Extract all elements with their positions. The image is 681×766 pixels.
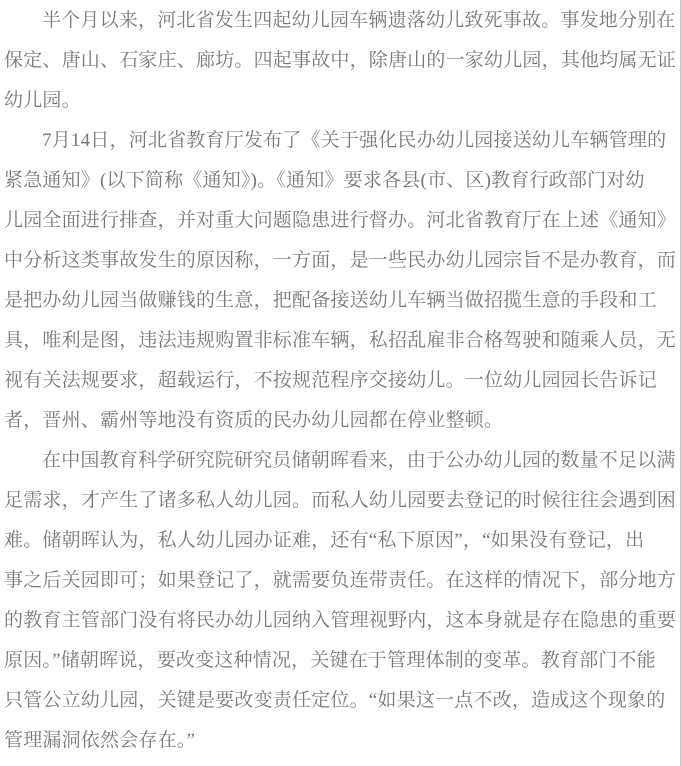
text-line: 儿园全面进行排查，并对重大问题隐患进行督办。河北省教育厅在上述《通知》 — [4, 201, 678, 241]
text-line: 事之后关园即可；如果登记了，就需要负连带责任。在这样的情况下，部分地方 — [4, 561, 678, 601]
text-line: 管理漏洞依然会存在。” — [4, 721, 678, 761]
text-line: 中分析这类事故发生的原因称，一方面，是一些民办幼儿园宗旨不是办教育，而 — [4, 241, 678, 281]
article-page: 半个月以来，河北省发生四起幼儿园车辆遗落幼儿致死事故。事发地分别在保定、唐山、石… — [0, 0, 681, 766]
text-line: 保定、唐山、石家庄、廊坊。四起事故中，除唐山的一家幼儿园，其他均属无证 — [4, 41, 678, 81]
paragraph: 在中国教育科学研究院研究员储朝晖看来，由于公办幼儿园的数量不足以满足需求，才产生… — [4, 441, 678, 761]
text-line: 的教育主管部门没有将民办幼儿园纳入管理视野内，这本身就是存在隐患的重要 — [4, 601, 678, 641]
text-line: 是把办幼儿园当做赚钱的生意，把配备接送幼儿车辆当做招揽生意的手段和工 — [4, 281, 678, 321]
text-line: 半个月以来，河北省发生四起幼儿园车辆遗落幼儿致死事故。事发地分别在 — [4, 1, 678, 41]
text-line: 只管公立幼儿园，关键是要改变责任定位。“如果这一点不改，造成这个现象的 — [4, 681, 678, 721]
text-line: 原因。”储朝晖说，要改变这种情况，关键在于管理体制的变革。教育部门不能 — [4, 641, 678, 681]
text-line: 难。储朝晖认为，私人幼儿园办证难，还有“私下原因”，“如果没有登记，出 — [4, 521, 678, 561]
article-body: 半个月以来，河北省发生四起幼儿园车辆遗落幼儿致死事故。事发地分别在保定、唐山、石… — [4, 1, 678, 761]
paragraph: 7月14日，河北省教育厅发布了《关于强化民办幼儿园接送幼儿车辆管理的紧急通知》(… — [4, 121, 678, 441]
text-line: 7月14日，河北省教育厅发布了《关于强化民办幼儿园接送幼儿车辆管理的 — [4, 121, 678, 161]
text-line: 者，晋州、霸州等地没有资质的民办幼儿园都在停业整顿。 — [4, 401, 678, 441]
text-line: 在中国教育科学研究院研究员储朝晖看来，由于公办幼儿园的数量不足以满 — [4, 441, 678, 481]
text-line: 紧急通知》(以下简称《通知》)。《通知》要求各县(市、区)教育行政部门对幼 — [4, 161, 678, 201]
paragraph: 半个月以来，河北省发生四起幼儿园车辆遗落幼儿致死事故。事发地分别在保定、唐山、石… — [4, 1, 678, 121]
text-line: 视有关法规要求，超载运行，不按规范程序交接幼儿。一位幼儿园园长告诉记 — [4, 361, 678, 401]
text-line: 具，唯利是图，违法违规购置非标准车辆，私招乱雇非合格驾驶和随乘人员，无 — [4, 321, 678, 361]
text-line: 足需求，才产生了诸多私人幼儿园。而私人幼儿园要去登记的时候往往会遇到困 — [4, 481, 678, 521]
text-line: 幼儿园。 — [4, 81, 678, 121]
